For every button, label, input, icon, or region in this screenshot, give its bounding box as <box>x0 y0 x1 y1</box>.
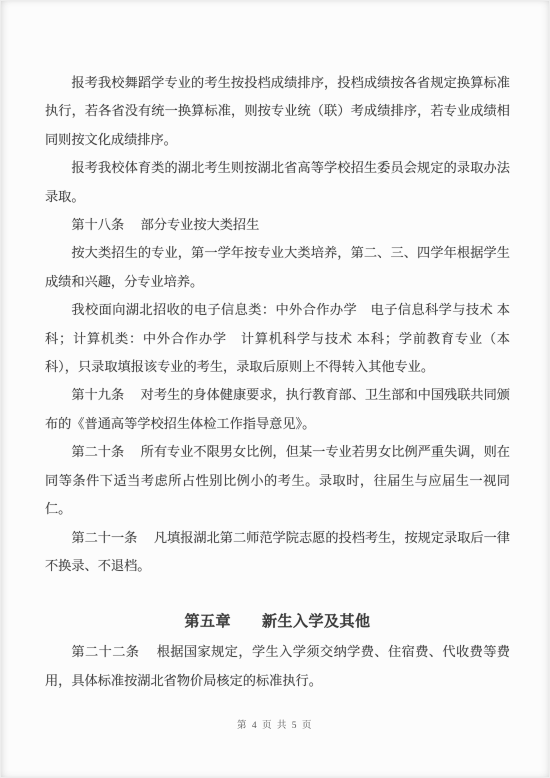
document-paragraph-article-19: 第十九条 对考生的身体健康要求，执行教育部、卫生部和中国残联共同颁布的《普通高等… <box>45 381 510 438</box>
document-paragraph-article-21: 第二十一条 凡填报湖北第二师范学院志愿的投档考生，按规定录取后一律不换录、不退档… <box>45 524 510 581</box>
scanned-document-page: 报考我校舞蹈学专业的考生按投档成绩排序，投档成绩按各省规定换算标准执行，若各省没… <box>0 0 550 778</box>
document-paragraph-article-18: 第十八条 部分专业按大类招生 <box>45 211 510 239</box>
document-paragraph: 我校面向湖北招收的电子信息类：中外合作办学 电子信息科学与技术 本科；计算机类：… <box>45 296 510 381</box>
document-paragraph-article-20: 第二十条 所有专业不限男女比例，但某一专业若男女比例严重失调，则在同等条件下适当… <box>45 438 510 523</box>
document-body: 报考我校舞蹈学专业的考生按投档成绩排序，投档成绩按各省规定换算标准执行，若各省没… <box>45 69 510 695</box>
document-paragraph: 报考我校舞蹈学专业的考生按投档成绩排序，投档成绩按各省规定换算标准执行，若各省没… <box>45 69 510 154</box>
document-paragraph: 按大类招生的专业，第一学年按专业大类培养，第二、三、四学年根据学生成绩和兴趣，分… <box>45 239 510 296</box>
document-paragraph: 报考我校体育类的湖北考生则按湖北省高等学校招生委员会规定的录取办法录取。 <box>45 154 510 211</box>
document-paragraph-article-22: 第二十二条 根据国家规定，学生入学须交纳学费、住宿费、代收费等费用，具体标准按湖… <box>45 638 510 695</box>
chapter-heading: 第五章 新生入学及其他 <box>45 610 510 634</box>
page-number-footer: 第 4 页 共 5 页 <box>0 717 550 731</box>
